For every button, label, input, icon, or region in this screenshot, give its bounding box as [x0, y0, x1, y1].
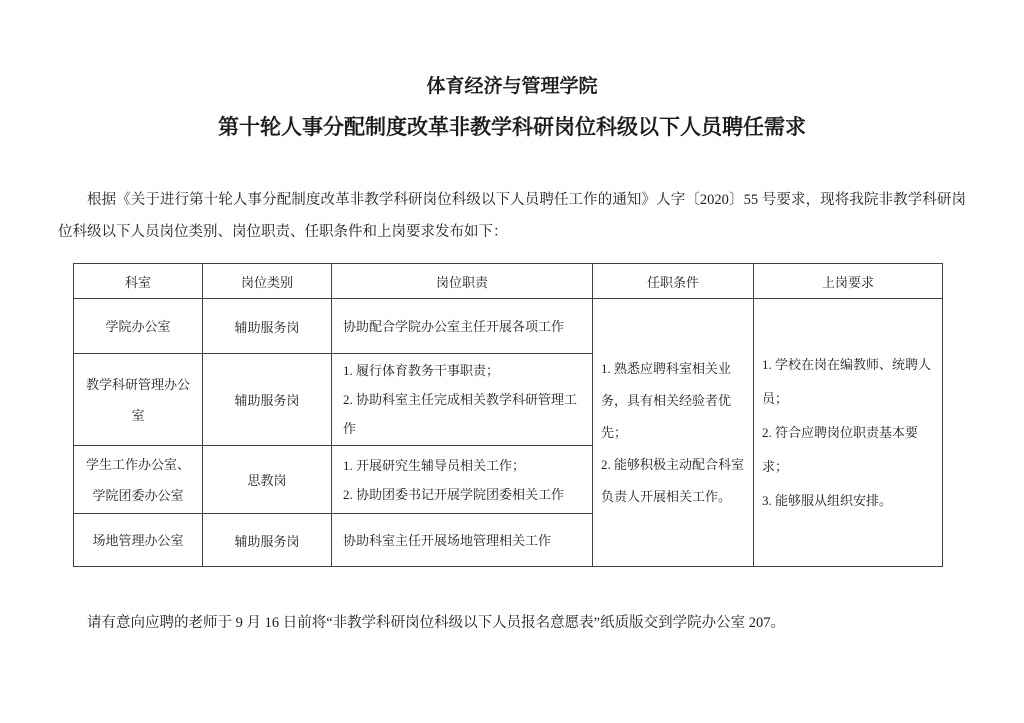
cell-department: 教学科研管理办公室 — [74, 354, 203, 446]
duty-line: 1. 履行体育教务干事职责； — [343, 356, 584, 385]
cell-category: 辅助服务岗 — [203, 354, 332, 446]
position-table: 科室 岗位类别 岗位职责 任职条件 上岗要求 学院办公室 辅助服务岗 协助配合学… — [73, 263, 943, 567]
document-title-line2: 第十轮人事分配制度改革非教学科研岗位科级以下人员聘任需求 — [58, 115, 966, 140]
cell-category: 辅助服务岗 — [203, 514, 332, 567]
requirement-line: 1. 学校在岗在编教师、统聘人员； — [762, 348, 934, 416]
cell-department: 学院办公室 — [74, 299, 203, 354]
requirement-line: 3. 能够服从组织安排。 — [762, 484, 934, 518]
header-duties: 岗位职责 — [332, 264, 593, 299]
duty-line: 2. 协助团委书记开展学院团委相关工作 — [343, 480, 584, 509]
requirement-line: 2. 符合应聘岗位职责基本要求； — [762, 416, 934, 484]
duty-line: 2. 协助科室主任完成相关教学科研管理工作 — [343, 385, 584, 443]
cell-duties: 协助科室主任开展场地管理相关工作 — [332, 514, 593, 567]
cell-category: 思教岗 — [203, 446, 332, 514]
cell-qualifications: 1. 熟悉应聘科室相关业务，具有相关经验者优先； 2. 能够积极主动配合科室负责… — [593, 299, 754, 567]
duty-line: 1. 开展研究生辅导员相关工作； — [343, 451, 584, 480]
qualification-line: 1. 熟悉应聘科室相关业务，具有相关经验者优先； — [601, 353, 745, 449]
cell-duties: 1. 开展研究生辅导员相关工作； 2. 协助团委书记开展学院团委相关工作 — [332, 446, 593, 514]
intro-paragraph: 根据《关于进行第十轮人事分配制度改革非教学科研岗位科级以下人员聘任工作的通知》人… — [58, 184, 966, 248]
qualification-line: 2. 能够积极主动配合科室负责人开展相关工作。 — [601, 449, 745, 513]
cell-department: 场地管理办公室 — [74, 514, 203, 567]
closing-paragraph: 请有意向应聘的老师于 9 月 16 日前将“非教学科研岗位科级以下人员报名意愿表… — [58, 612, 966, 634]
cell-category: 辅助服务岗 — [203, 299, 332, 354]
table-row: 学院办公室 辅助服务岗 协助配合学院办公室主任开展各项工作 1. 熟悉应聘科室相… — [74, 299, 943, 354]
header-requirements: 上岗要求 — [754, 264, 943, 299]
header-department: 科室 — [74, 264, 203, 299]
duty-line: 协助配合学院办公室主任开展各项工作 — [343, 312, 584, 341]
duty-line: 协助科室主任开展场地管理相关工作 — [343, 526, 584, 555]
cell-requirements: 1. 学校在岗在编教师、统聘人员； 2. 符合应聘岗位职责基本要求； 3. 能够… — [754, 299, 943, 567]
cell-duties: 1. 履行体育教务干事职责； 2. 协助科室主任完成相关教学科研管理工作 — [332, 354, 593, 446]
document-page: 体育经济与管理学院 第十轮人事分配制度改革非教学科研岗位科级以下人员聘任需求 根… — [0, 0, 1024, 723]
cell-department: 学生工作办公室、 学院团委办公室 — [74, 446, 203, 514]
header-category: 岗位类别 — [203, 264, 332, 299]
cell-duties: 协助配合学院办公室主任开展各项工作 — [332, 299, 593, 354]
header-qualifications: 任职条件 — [593, 264, 754, 299]
table-header-row: 科室 岗位类别 岗位职责 任职条件 上岗要求 — [74, 264, 943, 299]
document-title-line1: 体育经济与管理学院 — [58, 76, 966, 98]
